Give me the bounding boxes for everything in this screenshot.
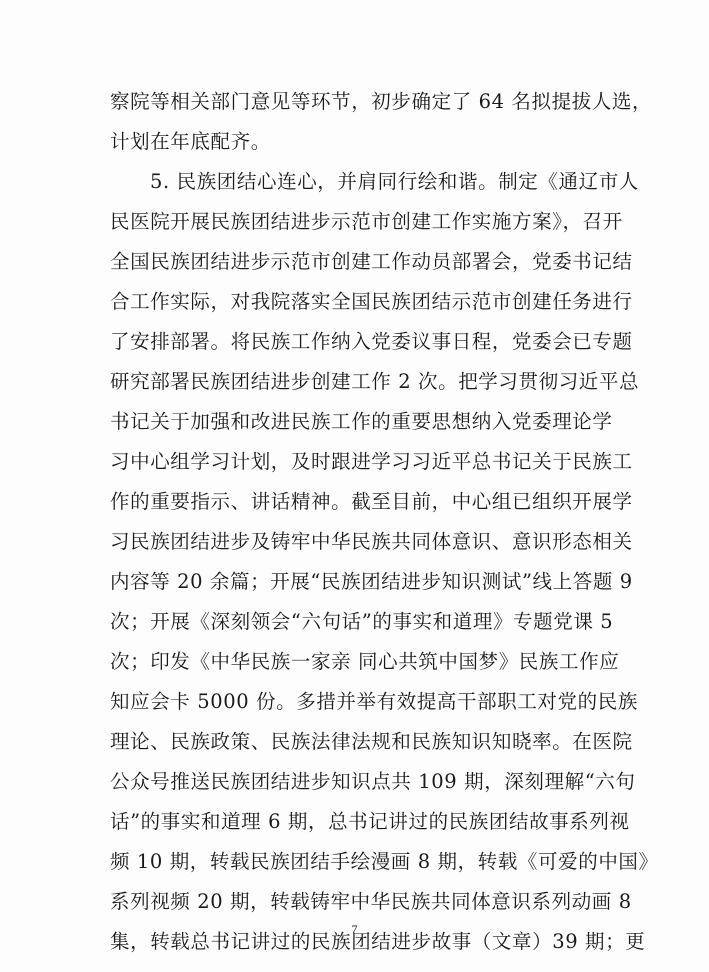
text-line: 书记关于加强和改进民族工作的重要思想纳入党委理论学: [110, 402, 596, 442]
document-page: 察院等相关部门意见等环节，初步确定了 64 名拟提拔人选， 计划在年底配齐。 5…: [0, 0, 709, 972]
text-line: 了安排部署。将民族工作纳入党委议事日程，党委会已专题: [110, 322, 596, 362]
text-line: 全国民族团结进步示范市创建工作动员部署会，党委书记结: [110, 242, 596, 282]
text-line: 民医院开展民族团结进步示范市创建工作实施方案》，召开: [110, 202, 596, 242]
text-line: 公众号推送民族团结进步知识点共 109 期，深刻理解“六句: [110, 762, 596, 802]
text-line: 计划在年底配齐。: [110, 122, 596, 162]
text-line: 作的重要指示、讲话精神。截至目前，中心组已组织开展学: [110, 482, 596, 522]
text-line: 理论、民族政策、民族法律法规和民族知识知晓率。在医院: [110, 722, 596, 762]
text-line: 系列视频 20 期，转载铸牢中华民族共同体意识系列动画 8: [110, 882, 596, 922]
text-line: 习中心组学习计划，及时跟进学习习近平总书记关于民族工: [110, 442, 596, 482]
text-line: 次；印发《中华民族一家亲 同心共筑中国梦》民族工作应: [110, 642, 596, 682]
section-heading-line: 5. 民族团结心连心，并肩同行绘和谐。制定《通辽市人: [110, 162, 596, 202]
text-line: 频 10 期，转载民族团结手绘漫画 8 期，转载《可爱的中国》: [110, 842, 596, 882]
text-line: 察院等相关部门意见等环节，初步确定了 64 名拟提拔人选，: [110, 82, 596, 122]
body-text: 察院等相关部门意见等环节，初步确定了 64 名拟提拔人选， 计划在年底配齐。 5…: [110, 82, 596, 962]
text-line: 合工作实际，对我院落实全国民族团结示范市创建任务进行: [110, 282, 596, 322]
text-line: 知应会卡 5000 份。多措并举有效提高干部职工对党的民族: [110, 682, 596, 722]
text-line: 次；开展《深刻领会“六句话”的事实和道理》专题党课 5: [110, 602, 596, 642]
page-number: 7: [0, 922, 709, 937]
text-line: 话”的事实和道理 6 期，总书记讲过的民族团结故事系列视: [110, 802, 596, 842]
text-line: 习民族团结进步及铸牢中华民族共同体意识、意识形态相关: [110, 522, 596, 562]
text-line: 内容等 20 余篇；开展“民族团结进步知识测试”线上答题 9: [110, 562, 596, 602]
text-line: 研究部署民族团结进步创建工作 2 次。把学习贯彻习近平总: [110, 362, 596, 402]
